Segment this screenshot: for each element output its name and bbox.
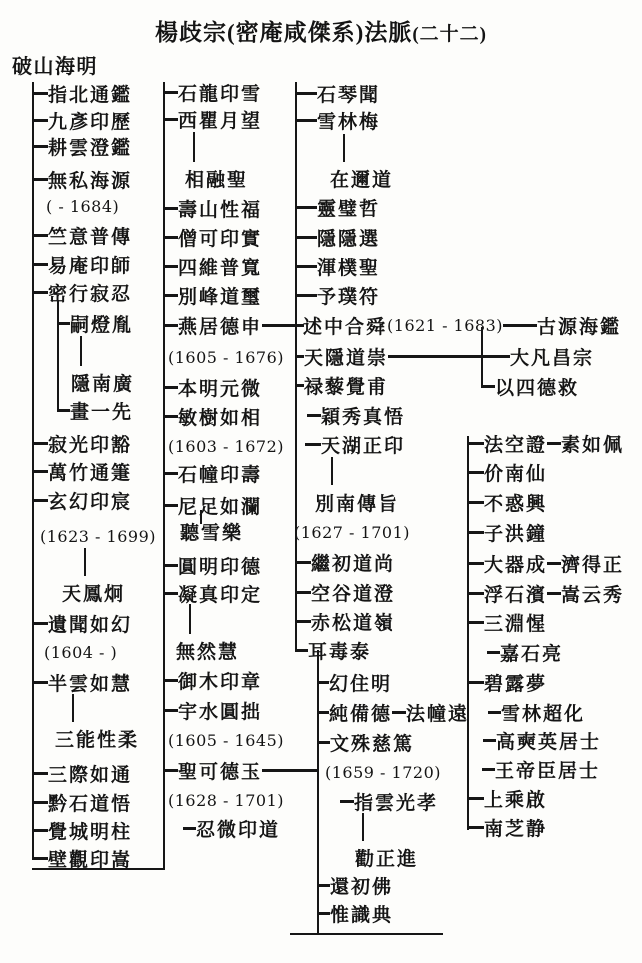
person-name: 碧露夢 [484,669,547,696]
person-name: 黔石道悟 [48,789,132,816]
person-name: 御木印章 [178,667,262,694]
connector-line [482,768,495,771]
person-name: 惟識典 [330,900,393,927]
lineage-row: 渾樸聖 [295,253,380,279]
life-dates: (1621 - 1683) [387,316,503,335]
connector-line [32,622,48,625]
connector-line [163,592,178,595]
lineage-row: 竺意普傳 [32,222,132,248]
connector-line [32,145,48,148]
connector-line [32,681,48,684]
lineage-row: 御木印章 [163,667,262,693]
connector-line [32,442,48,445]
connector-line [262,769,319,772]
connector-line [163,679,178,682]
lineage-row: (1605 - 1676) [168,344,284,370]
lineage-row: 本明元微 [163,374,262,400]
lineage-row: 繼初道尚 [295,549,395,575]
connector-line [32,829,48,832]
lineage-row: 敏樹如相 [163,403,262,429]
lineage-row: 聽雪樂 [180,518,243,544]
person-name: 竺意普傳 [48,222,132,249]
person-name: 靈璧哲 [317,194,380,221]
lineage-row: 隱隱選 [295,224,380,250]
connector-line [295,591,311,594]
person-name: 嵩云秀 [561,580,624,607]
lineage-row: 空谷道澄 [295,579,395,605]
person-name: 天鳳炯 [62,579,125,606]
person-name: 耕雲澄鑑 [48,133,132,160]
connector-line [163,769,178,772]
person-name: 相融聖 [185,165,248,192]
person-name: 不惑興 [484,489,547,516]
connector-line [32,263,48,266]
connector-line [163,709,178,712]
person-name: 壽山性福 [178,195,262,222]
person-name: 尼足如瀾 [178,492,262,519]
tree-line [343,134,345,162]
person-name: 嘉石亮 [500,639,563,666]
person-name: 在邇道 [330,165,393,192]
lineage-row: 高奭英居士 [483,727,601,753]
person-name: 宇水圓拙 [178,697,262,724]
lineage-row: 西瞿月望 [163,106,262,132]
connector-line [32,857,48,860]
tree-line [295,82,297,652]
person-name: 空谷道澄 [311,579,395,606]
connector-line [547,592,561,595]
connector-line [295,620,311,623]
person-name: 純備德 [329,699,392,726]
lineage-row: 九彥印歷 [32,107,132,133]
connector-line [32,499,48,502]
lineage-row: 半雲如慧 [32,669,132,695]
lineage-row: 王帝臣居士 [482,756,600,782]
person-name: 半雲如慧 [48,669,132,696]
tree-line [72,694,74,722]
person-name: 本明元微 [178,374,262,401]
person-name: 畫一先 [70,397,133,424]
connector-line [483,739,496,742]
lineage-row: 燕居德申 [163,312,304,338]
connector-line [295,236,317,239]
person-name: 三能性柔 [55,725,139,752]
person-name: 聽雪樂 [180,518,243,545]
tree-line [317,650,319,935]
person-name: 以四德救 [495,373,579,400]
lineage-row: 幻住明 [317,669,392,695]
person-name: 古源海鑑 [537,312,621,339]
lineage-row: 雪林梅 [295,107,380,133]
person-name: 隱隱選 [317,224,380,251]
connector-line [163,118,178,121]
lineage-row: 不惑興 [467,489,547,515]
lineage-row: 相融聖 [185,165,248,191]
person-name: 隱南廣 [71,369,134,396]
lineage-row: 碧露夢 [467,669,547,695]
person-name: 南芝静 [484,814,547,841]
lineage-row: 文殊慈篤 [317,729,414,755]
lineage-row: (1659 - 1720) [325,759,441,785]
lineage-row: 耕雲澄鑑 [32,133,132,159]
connector-line [467,562,484,565]
person-name: 予璞符 [317,282,380,309]
lineage-row: (1605 - 1645) [168,727,284,753]
life-dates: (1605 - 1676) [168,348,284,367]
connector-line [32,470,48,473]
lineage-row: 指北通鑑 [32,80,132,106]
connector-line [163,265,178,268]
person-name: 別南傳旨 [315,489,399,516]
lineage-row: (1603 - 1672) [168,433,284,459]
lineage-row: 石龍印雪 [163,79,262,105]
lineage-row: 還初佛 [317,872,393,898]
connector-line [295,206,317,209]
life-dates: (1627 - 1701) [294,523,410,542]
connector-line [163,386,178,389]
lineage-row: 天湖正印 [305,431,405,457]
person-name: 穎秀真悟 [321,402,405,429]
person-name: 還初佛 [330,872,393,899]
connector-line [32,234,48,237]
person-name: 凝真印定 [178,580,262,607]
person-name: 浮石濱 [484,580,547,607]
lineage-row: 密行寂忍 [32,279,132,305]
connector-line [307,414,321,417]
title-suffix: (二十二) [412,24,487,45]
person-name: 易庵印師 [48,251,132,278]
life-dates: ( - 1684) [46,197,119,216]
page-title: 楊歧宗(密庵咸傑系)法脈(二十二) [0,14,642,47]
person-name: 指雲光孝 [354,788,438,815]
connector-line [32,92,48,95]
lineage-row: 畫一先 [57,397,133,423]
person-name: 王帝臣居士 [495,756,600,783]
connector-line [467,471,484,474]
tree-line [200,510,202,524]
tree-line [331,457,333,485]
lineage-row: 赤松道嶺 [295,608,395,634]
person-name: 密行寂忍 [48,279,132,306]
connector-line [32,119,48,122]
life-dates: (1605 - 1645) [168,731,284,750]
person-name: 濟得正 [561,550,624,577]
lineage-row: (1627 - 1701) [294,519,410,545]
lineage-row: 三能性柔 [55,725,139,751]
person-name: 幻住明 [329,669,392,696]
person-name: 高奭英居士 [496,727,601,754]
tree-line [32,82,34,860]
connector-line [467,592,484,595]
person-name: 雪林梅 [317,107,380,134]
person-name: 指北通鑑 [48,80,132,107]
lineage-row: 忍微印道 [183,815,280,841]
lineage-row: 圓明印德 [163,552,262,578]
lineage-row: 天鳳炯 [62,579,125,605]
person-name: 忍微印道 [196,815,280,842]
lineage-row: (1623 - 1699) [40,523,156,549]
person-name: 法空證 [484,430,547,457]
connector-line [163,472,178,475]
person-name: 覺城明柱 [48,817,132,844]
connector-line [32,291,48,294]
person-name: 素如佩 [561,430,624,457]
connector-line [295,294,317,297]
person-name: 萬竹通箑 [48,458,132,485]
person-name: 法幢遠 [406,699,469,726]
root-ancestor-name: 破山海明 [12,50,98,79]
connector-line [467,531,484,534]
lineage-row: 予璞符 [295,282,380,308]
lineage-row: 子洪鐘 [467,519,547,545]
connector-line [392,711,406,714]
lineage-row: 嗣燈胤 [57,310,133,336]
person-name: 無私海源 [48,166,132,193]
person-name: 敏樹如相 [178,403,262,430]
lineage-row: 雪林超化 [488,699,585,725]
lineage-chart-page: 楊歧宗(密庵咸傑系)法脈(二十二) 破山海明 指北通鑑九彥印歷耕雲澄鑑無私海源(… [0,0,642,963]
lineage-row: 南芝静 [467,814,547,840]
connector-line [340,800,354,803]
person-name: 石琴聞 [317,80,380,107]
person-name: 繼初道尚 [311,549,395,576]
person-name: 子洪鐘 [484,519,547,546]
connector-line [163,415,178,418]
connector-line [163,91,178,94]
tree-line [193,132,195,162]
lineage-row: 耳毒泰 [295,637,371,663]
person-name: 天湖正印 [321,431,405,458]
lineage-row: 法空證素如佩 [467,430,624,456]
connector-line [163,294,178,297]
person-name: 上乘啟 [484,785,547,812]
person-name: 別峰道璽 [178,282,262,309]
lineage-row: 四維普寬 [163,253,262,279]
person-name: 禄藜覺甫 [304,372,388,399]
connector-line [32,178,48,181]
person-name: 价南仙 [484,459,547,486]
connector-line [295,561,311,564]
tree-line [467,436,469,830]
connector-line [467,797,484,800]
lineage-row: 尼足如瀾 [163,492,262,518]
connector-line [388,355,510,358]
connector-line [295,265,317,268]
lineage-row: 天隱道崇大凡昌宗 [295,343,594,369]
tree-line [57,300,59,412]
lineage-row: 述中合舜(1621 - 1683)古源海鑑 [295,312,621,338]
lineage-row: 禄藜覺甫 [295,372,388,398]
lineage-row: 嘉石亮 [487,639,563,665]
person-name: 雪林超化 [501,699,585,726]
lineage-row: 在邇道 [330,165,393,191]
tree-line [84,548,86,576]
lineage-row: 勸正進 [355,844,418,870]
tree-line [362,813,364,841]
tree-line [481,327,483,388]
person-name: 赤松道嶺 [311,608,395,635]
lineage-row: 無私海源 [32,166,132,192]
person-name: 石龍印雪 [178,79,262,106]
lineage-row: 純備德法幢遠 [317,699,469,725]
tree-line [80,336,82,366]
lineage-row: 石琴聞 [295,80,380,106]
connector-line [467,501,484,504]
lineage-row: 三際如通 [32,760,132,786]
lineage-row: 靈璧哲 [295,194,380,220]
person-name: 天隱道崇 [304,343,388,370]
connector-line [163,207,178,210]
lineage-row: 穎秀真悟 [307,402,405,428]
person-name: 僧可印實 [178,224,262,251]
life-dates: (1603 - 1672) [168,437,284,456]
person-name: 燕居德申 [178,312,262,339]
lineage-row: 別峰道璽 [163,282,262,308]
lineage-row: 覺城明柱 [32,817,132,843]
person-name: 遺聞如幻 [48,610,132,637]
person-name: 嗣燈胤 [70,310,133,337]
connector-line [183,827,196,830]
connector-line [32,772,48,775]
lineage-row: 三淵惺 [467,609,547,635]
connector-line [503,324,537,327]
lineage-row: 遺聞如幻 [32,610,132,636]
tree-line [189,604,191,634]
connector-line [163,236,178,239]
person-name: 勸正進 [355,844,418,871]
person-name: 三際如通 [48,760,132,787]
connector-line [305,443,321,446]
person-name: 渾樸聖 [317,253,380,280]
connector-line [163,324,178,327]
connector-line [547,562,561,565]
lineage-row: 大器成濟得正 [467,550,624,576]
person-name: 述中合舜 [303,312,387,339]
lineage-row: 指雲光孝 [340,788,438,814]
tree-line [32,868,165,870]
lineage-row: 易庵印師 [32,251,132,277]
lineage-row: 聖可德玉 [163,757,319,783]
lineage-row: 凝真印定 [163,580,262,606]
person-name: 九彥印歷 [48,107,132,134]
lineage-row: 石幢印壽 [163,460,262,486]
connector-line [488,711,501,714]
connector-line [467,826,484,829]
lineage-row: 無然慧 [176,637,239,663]
person-name: 三淵惺 [484,609,547,636]
tree-line [290,933,443,935]
connector-line [467,681,484,684]
connector-line [163,504,178,507]
lineage-row: 惟識典 [317,900,393,926]
person-name: 聖可德玉 [178,757,262,784]
lineage-row: 以四德救 [482,373,579,399]
connector-line [467,621,484,624]
connector-line [482,385,495,388]
connector-line [295,92,317,95]
connector-line [163,564,178,567]
person-name: 石幢印壽 [178,460,262,487]
person-name: 圓明印德 [178,552,262,579]
connector-line [467,442,484,445]
life-dates: (1604 - ) [44,643,117,662]
lineage-row: 玄幻印宸 [32,487,132,513]
connector-line [547,442,561,445]
life-dates: (1623 - 1699) [40,527,156,546]
lineage-row: 浮石濱嵩云秀 [467,580,624,606]
life-dates: (1659 - 1720) [325,763,441,782]
lineage-row: (1604 - ) [44,639,117,665]
lineage-row: 寂光印豁 [32,430,132,456]
lineage-row: 隱南廣 [71,369,134,395]
lineage-row: 宇水圓拙 [163,697,262,723]
person-name: 四維普寬 [178,253,262,280]
person-name: 大凡昌宗 [510,343,594,370]
lineage-row: 壽山性福 [163,195,262,221]
connector-line [32,801,48,804]
lineage-row: 价南仙 [467,459,547,485]
person-name: 玄幻印宸 [48,487,132,514]
tree-line [163,82,165,870]
lineage-row: (1628 - 1701) [168,787,284,813]
person-name: 大器成 [484,550,547,577]
lineage-row: 僧可印實 [163,224,262,250]
connector-line [295,119,317,122]
lineage-row: 別南傳旨 [315,489,399,515]
person-name: 無然慧 [176,637,239,664]
person-name: 文殊慈篤 [330,729,414,756]
connector-line [487,651,500,654]
lineage-row: ( - 1684) [46,193,119,219]
life-dates: (1628 - 1701) [168,791,284,810]
title-main: 楊歧宗(密庵咸傑系)法脈 [155,20,412,45]
person-name: 寂光印豁 [48,430,132,457]
lineage-row: 上乘啟 [467,785,547,811]
person-name: 西瞿月望 [178,106,262,133]
lineage-row: 黔石道悟 [32,789,132,815]
lineage-row: 萬竹通箑 [32,458,132,484]
